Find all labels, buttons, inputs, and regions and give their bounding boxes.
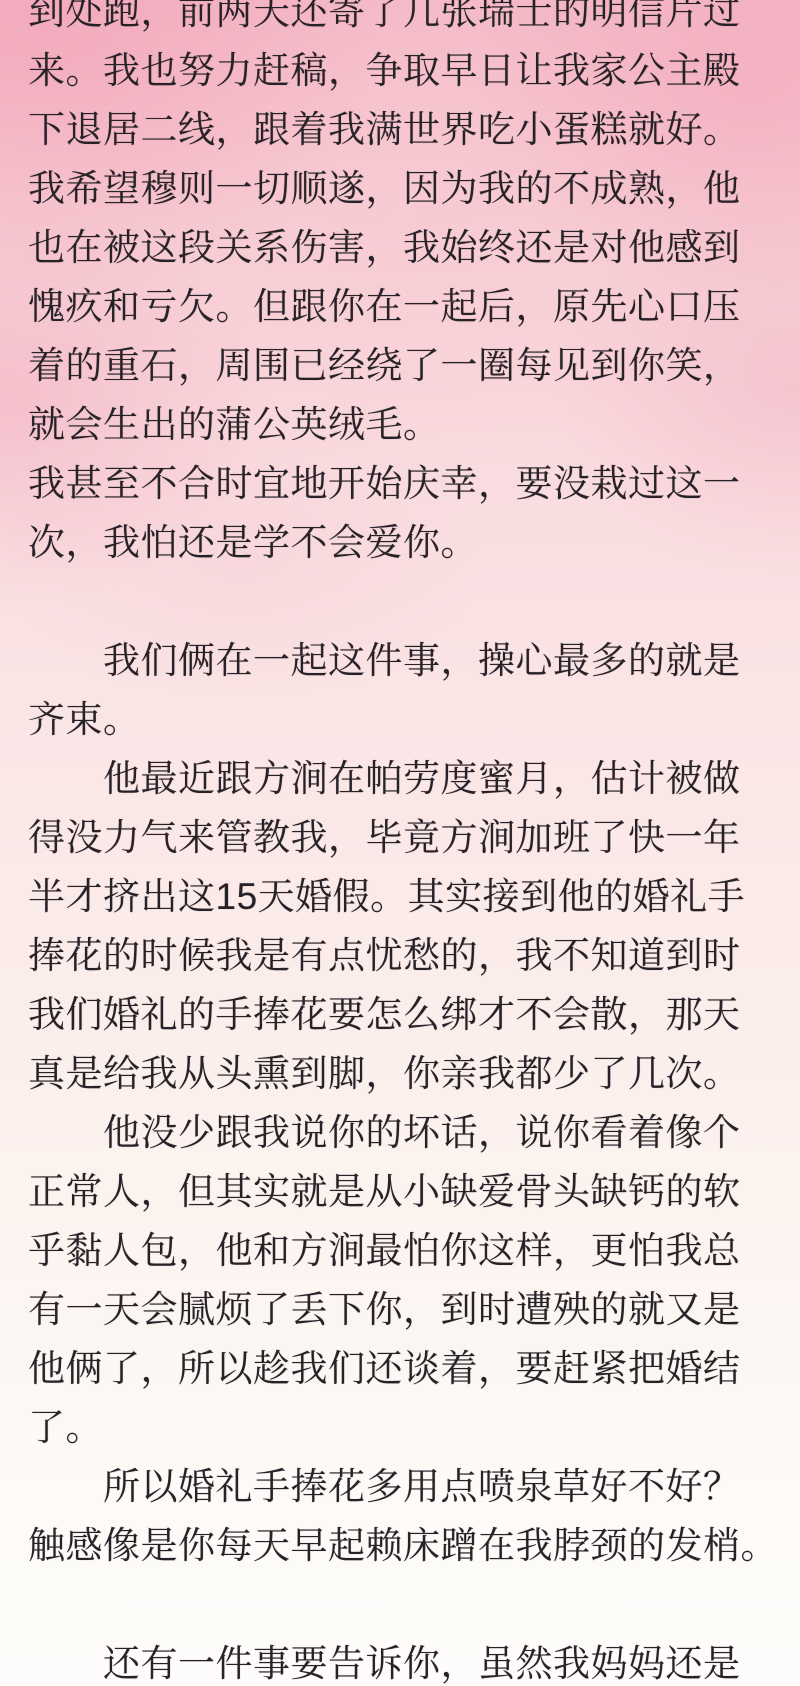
letter-text[interactable]: 到处跑，前两天还寄了几张瑞士的明信片过来。我也努力赶稿，争取早日让我家公主殿下退… (28, 0, 772, 1686)
letter-line: 下退居二线，跟着我满世界吃小蛋糕就好。 (28, 100, 772, 159)
letter-line: 所以婚礼手捧花多用点喷泉草好不好？ (28, 1457, 772, 1516)
letter-line: 有一天会腻烦了丢下你，到时遭殃的就又是 (28, 1280, 772, 1339)
letter-line: 到处跑，前两天还寄了几张瑞士的明信片过 (28, 0, 772, 41)
letter-line: 我们俩在一起这件事，操心最多的就是 (28, 631, 772, 690)
letter-line: 齐束。 (28, 690, 772, 749)
letter-line: 触感像是你每天早起赖床蹭在我脖颈的发梢。 (28, 1516, 772, 1575)
letter-line: 我甚至不合时宜地开始庆幸，要没栽过这一 (28, 454, 772, 513)
letter-line: 他最近跟方涧在帕劳度蜜月，估计被做 (28, 749, 772, 808)
letter-line: 乎黏人包，他和方涧最怕你这样，更怕我总 (28, 1221, 772, 1280)
blank-line (28, 572, 772, 631)
reader-page: 到处跑，前两天还寄了几张瑞士的明信片过来。我也努力赶稿，争取早日让我家公主殿下退… (0, 0, 800, 1686)
letter-line: 我们婚礼的手捧花要怎么绑才不会散，那天 (28, 985, 772, 1044)
letter-line: 他没少跟我说你的坏话，说你看着像个 (28, 1103, 772, 1162)
letter-line: 也在被这段关系伤害，我始终还是对他感到 (28, 218, 772, 277)
letter-line: 了。 (28, 1398, 772, 1457)
letter-line: 次，我怕还是学不会爱你。 (28, 513, 772, 572)
letter-line: 得没力气来管教我，毕竟方涧加班了快一年 (28, 808, 772, 867)
letter-line: 愧疚和亏欠。但跟你在一起后，原先心口压 (28, 277, 772, 336)
letter-line: 捧花的时候我是有点忧愁的，我不知道到时 (28, 926, 772, 985)
letter-line: 我希望穆则一切顺遂，因为我的不成熟，他 (28, 159, 772, 218)
letter-line: 半才挤出这15天婚假。其实接到他的婚礼手 (28, 867, 772, 926)
blank-line (28, 1575, 772, 1634)
letter-line: 着的重石，周围已经绕了一圈每见到你笑， (28, 336, 772, 395)
letter-line: 正常人，但其实就是从小缺爱骨头缺钙的软 (28, 1162, 772, 1221)
letter-line: 就会生出的蒲公英绒毛。 (28, 395, 772, 454)
letter-line: 还有一件事要告诉你，虽然我妈妈还是 (28, 1634, 772, 1686)
letter-line: 真是给我从头熏到脚，你亲我都少了几次。 (28, 1044, 772, 1103)
letter-line: 来。我也努力赶稿，争取早日让我家公主殿 (28, 41, 772, 100)
letter-line: 他俩了，所以趁我们还谈着，要赶紧把婚结 (28, 1339, 772, 1398)
